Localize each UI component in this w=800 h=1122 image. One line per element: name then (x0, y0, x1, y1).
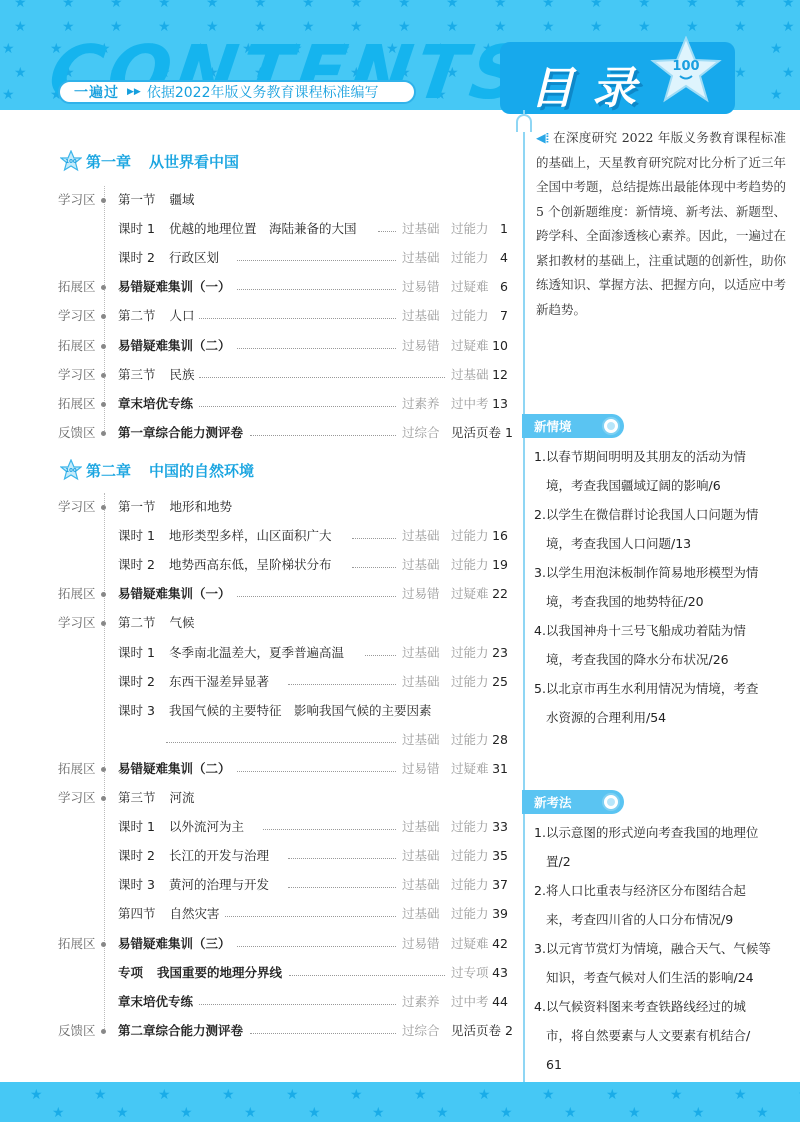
toc-row[interactable]: 拓展区章末培优专练过素养过中考13 (0, 394, 520, 414)
zone-label: 学习区 (58, 190, 96, 210)
toc-entry-title: 第一节地形和地势 (118, 497, 232, 517)
star-icon: ★ (756, 1106, 769, 1120)
zone-label: 学习区 (58, 306, 96, 326)
item-line: 境，考查我国疆域辽阔的影响/6 (534, 471, 790, 500)
star-icon: ★ (782, 66, 795, 80)
chapter-heading[interactable]: 100 第一章 从世界看中国 (60, 150, 239, 172)
tag-label: 过基础 (402, 817, 440, 837)
zone-label: 学习区 (58, 613, 96, 633)
tag-label: 过易错 (402, 277, 440, 297)
toc-row[interactable]: 课时 1冬季南北温差大，夏季普遍高温过基础过能力23 (0, 643, 520, 663)
badge-icon (602, 417, 620, 435)
entry-prefix: 课时 1 (118, 526, 155, 546)
tag-label: 过中考 (451, 992, 489, 1012)
toc-row[interactable]: 学习区第二节人口过基础过能力7 (0, 306, 520, 326)
section-tab: 新情境 (522, 414, 624, 438)
toc-entry-title: 课时 2行政区划 (118, 248, 219, 268)
star-pattern: ★★★★★★★★★★★★★★★★★★★★★★★★★ (0, 1082, 800, 1122)
entry-prefix: 课时 2 (118, 555, 155, 575)
page-number: 42 (492, 934, 508, 954)
item-line: 1.以示意图的形式逆向考查我国的地理位 (534, 825, 758, 840)
page-number: 23 (492, 643, 508, 663)
item-line: 境，考查我国人口问题/13 (534, 529, 790, 558)
toc-entry-title: 第四节自然灾害 (118, 904, 220, 924)
tag-label: 过能力 (451, 219, 489, 239)
entry-prefix: 课时 3 (118, 875, 155, 895)
tag-label: 过基础 (402, 248, 440, 268)
list-item: 2.以学生在微信群讨论我国人口问题为情境，考查我国人口问题/13 (534, 500, 790, 558)
star-icon: ★ (734, 1088, 747, 1102)
toc-entry-title: 课时 1以外流河为主 (118, 817, 244, 837)
toc-entry-title: 章末培优专练 (118, 394, 193, 414)
tag-label: 过基础 (402, 555, 440, 575)
toc-entry-title: 第三节民族 (118, 365, 195, 385)
page-number: 16 (492, 526, 508, 546)
entry-title: 以外流河为主 (169, 817, 244, 837)
chapter-number: 第二章 (86, 460, 131, 481)
page-number: 10 (492, 336, 508, 356)
tag-label: 过能力 (451, 730, 489, 750)
star-icon: ★ (94, 1088, 107, 1102)
tag-label: 过疑难 (451, 277, 489, 297)
page-number: 13 (492, 394, 508, 414)
section-list: 1.以示意图的形式逆向考查我国的地理位置/22.将人口比重表与经济区分布图结合起… (534, 818, 790, 1079)
star-icon: ★ (222, 1088, 235, 1102)
timeline-dot (101, 1029, 106, 1034)
entry-title: 我国气候的主要特征 影响我国气候的主要因素 (169, 701, 432, 721)
tag-label: 过中考 (451, 394, 489, 414)
entry-title: 东西干湿差异显著 (169, 672, 269, 692)
toc-row[interactable]: 学习区第三节民族过基础12 (0, 365, 520, 385)
chapter-number: 第一章 (86, 151, 131, 172)
timeline-dot (101, 402, 106, 407)
page-number: 25 (492, 672, 508, 692)
toc-row[interactable]: 拓展区易错疑难集训（二）过易错过疑难10 (0, 336, 520, 356)
entry-prefix: 第三节 (118, 788, 156, 808)
chapter-heading[interactable]: 100 第二章 中国的自然环境 (60, 459, 254, 481)
toc-entry-title: 第二节人口 (118, 306, 195, 326)
star-icon: ★ (638, 0, 651, 10)
page-number: 1 (500, 219, 508, 239)
zone-label: 学习区 (58, 497, 96, 517)
zone-label: 学习区 (58, 788, 96, 808)
zone-label: 拓展区 (58, 584, 96, 604)
dot-leader (237, 289, 396, 290)
page-number: 43 (492, 963, 508, 983)
page-number: 4 (500, 248, 508, 268)
item-line: 境，考查我国的地势特征/20 (534, 587, 790, 616)
tag-label: 过素养 (402, 992, 440, 1012)
tag-label: 过易错 (402, 584, 440, 604)
star-icon: ★ (414, 1088, 427, 1102)
tag-label: 过基础 (402, 306, 440, 326)
toc-row[interactable]: 课时 2地势西高东低，呈阶梯状分布过基础过能力19 (0, 555, 520, 575)
star-icon: ★ (158, 1088, 171, 1102)
toc-entry-title: 课时 2地势西高东低，呈阶梯状分布 (118, 555, 331, 575)
mascot-icon: 100 (60, 459, 82, 481)
dot-leader (250, 1033, 396, 1034)
star-icon: ★ (770, 88, 783, 102)
toc-row[interactable]: 拓展区易错疑难集训（一）过易错过疑难22 (0, 584, 520, 604)
star-icon: ★ (734, 20, 747, 34)
star-icon: ★ (308, 1106, 321, 1120)
dot-leader (288, 858, 396, 859)
timeline-dot (101, 373, 106, 378)
star-mascot-icon: 100 (650, 36, 722, 106)
see-booklet-label: 见活页卷 2 (451, 1021, 513, 1041)
toc-row[interactable]: 专项我国重要的地理分界线过专项43 (0, 963, 520, 983)
entry-title: 章末培优专练 (118, 992, 193, 1012)
item-line: 5.以北京市再生水利用情况为情境，考查 (534, 681, 758, 696)
list-item: 1.以春节期间明明及其朋友的活动为情境，考查我国疆域辽阔的影响/6 (534, 442, 790, 500)
page-number: 12 (492, 365, 508, 385)
star-icon: ★ (30, 1088, 43, 1102)
entry-prefix: 课时 3 (118, 701, 155, 721)
toc-row[interactable]: 拓展区易错疑难集训（三）过易错过疑难42 (0, 934, 520, 954)
page-number: 35 (492, 846, 508, 866)
item-line: 知识，考查气候对人们生活的影响/24 (534, 963, 790, 992)
entry-prefix: 课时 1 (118, 219, 155, 239)
star-icon: ★ (686, 0, 699, 10)
star-icon: ★ (52, 1106, 65, 1120)
chapter-title: 中国的自然环境 (149, 460, 254, 481)
item-line: 3.以元宵节赏灯为情境，融合天气、气候等 (534, 941, 771, 956)
zone-label: 拓展区 (58, 934, 96, 954)
star-icon: ★ (500, 1106, 513, 1120)
dot-leader (199, 377, 445, 378)
toc-row[interactable]: 拓展区易错疑难集训（一）过易错过疑难6 (0, 277, 520, 297)
zone-label: 拓展区 (58, 394, 96, 414)
star-icon: ★ (734, 0, 747, 10)
tag-label: 过综合 (402, 423, 440, 443)
tag-label: 过能力 (451, 846, 489, 866)
list-item: 4.以气候资料图来考查铁路线经过的城市，将自然要素与人文要素有机结合/61 (534, 992, 790, 1079)
dot-leader (237, 946, 396, 947)
entry-prefix: 课时 2 (118, 672, 155, 692)
star-icon: ★ (542, 0, 555, 10)
entry-title: 优越的地理位置 海陆兼备的大国 (169, 219, 357, 239)
entry-prefix: 课时 2 (118, 846, 155, 866)
tag-label: 过能力 (451, 555, 489, 575)
dot-leader (237, 771, 396, 772)
toc-row[interactable]: 课时 3黄河的治理与开发过基础过能力37 (0, 875, 520, 895)
star-icon: ★ (734, 66, 747, 80)
toc-row[interactable]: 课时 2长江的开发与治理过基础过能力35 (0, 846, 520, 866)
star-icon: ★ (350, 1088, 363, 1102)
entry-title: 气候 (170, 613, 195, 633)
page-number: 37 (492, 875, 508, 895)
tag-label: 过基础 (451, 365, 489, 385)
toc-entry-title: 章末培优专练 (118, 992, 193, 1012)
item-line: 置/2 (534, 847, 790, 876)
dot-leader (166, 742, 396, 743)
star-icon: ★ (478, 1088, 491, 1102)
page-number: 19 (492, 555, 508, 575)
toc-row[interactable]: 课时 2行政区划过基础过能力4 (0, 248, 520, 268)
entry-title: 地势西高东低，呈阶梯状分布 (169, 555, 332, 575)
entry-title: 易错疑难集训（一） (118, 277, 231, 297)
item-line: 3.以学生用泡沫板制作简易地形模型为情 (534, 565, 758, 580)
tag-label: 过能力 (451, 306, 489, 326)
dot-leader (352, 538, 396, 539)
entry-title: 疆域 (170, 190, 195, 210)
timeline-dot (101, 592, 106, 597)
page-number: 44 (492, 992, 508, 1012)
entry-title: 长江的开发与治理 (169, 846, 269, 866)
star-icon: ★ (782, 20, 795, 34)
entry-title: 易错疑难集训（三） (118, 934, 231, 954)
zone-label: 拓展区 (58, 336, 96, 356)
svg-text:100: 100 (65, 159, 77, 165)
toc-entry-title: 第二节气候 (118, 613, 195, 633)
entry-prefix: 第二节 (118, 613, 156, 633)
star-icon: ★ (372, 1106, 385, 1120)
page-title: 目录 (530, 52, 654, 116)
tag-label: 过素养 (402, 394, 440, 414)
page-number: 31 (492, 759, 508, 779)
item-line: 水资源的合理利用/54 (534, 703, 790, 732)
star-icon: ★ (244, 1106, 257, 1120)
toc-entry-title: 易错疑难集训（二） (118, 336, 231, 356)
entry-prefix: 专项 (118, 963, 143, 983)
star-icon: ★ (542, 20, 555, 34)
toc-entry-title: 第一章综合能力测评卷 (118, 423, 243, 443)
section-label: 新考法 (534, 793, 572, 811)
toc-row[interactable]: 反馈区第一章综合能力测评卷过综合见活页卷 1 (0, 423, 520, 443)
toc-row[interactable]: 课时 3我国气候的主要特征 影响我国气候的主要因素 (0, 701, 520, 721)
entry-title: 易错疑难集训（二） (118, 759, 231, 779)
star-icon: ★ (638, 20, 651, 34)
see-booklet-label: 见活页卷 1 (451, 423, 513, 443)
toc-row[interactable]: 学习区第一节疆域 (0, 190, 520, 210)
dot-leader (263, 829, 396, 830)
page-number: 28 (492, 730, 508, 750)
entry-prefix: 第一节 (118, 190, 156, 210)
toc-row[interactable]: 课时 1地形类型多样，山区面积广大过基础过能力16 (0, 526, 520, 546)
toc-entry-title: 课时 3我国气候的主要特征 影响我国气候的主要因素 (118, 701, 431, 721)
footer-banner: ★★★★★★★★★★★★★★★★★★★★★★★★★ (0, 1082, 800, 1122)
timeline-dot (101, 431, 106, 436)
list-item: 1.以示意图的形式逆向考查我国的地理位置/2 (534, 818, 790, 876)
toc-row[interactable]: 拓展区易错疑难集训（二）过易错过疑难31 (0, 759, 520, 779)
toc-entry-title: 课时 3黄河的治理与开发 (118, 875, 269, 895)
entry-prefix: 课时 1 (118, 643, 155, 663)
entry-prefix: 第一节 (118, 497, 156, 517)
toc-entry-title: 课时 1优越的地理位置 海陆兼备的大国 (118, 219, 356, 239)
dot-leader (199, 1004, 396, 1005)
tag-label: 过能力 (451, 875, 489, 895)
toc-entry-title: 课时 1冬季南北温差大，夏季普遍高温 (118, 643, 344, 663)
star-icon: ★ (564, 1106, 577, 1120)
tag-label: 过疑难 (451, 759, 489, 779)
chapter-title: 从世界看中国 (149, 151, 239, 172)
zone-label: 拓展区 (58, 759, 96, 779)
item-line: 2.以学生在微信群讨论我国人口问题为情 (534, 507, 758, 522)
toc-row[interactable]: 课时 1以外流河为主过基础过能力33 (0, 817, 520, 837)
entry-title: 黄河的治理与开发 (169, 875, 269, 895)
timeline-dot (101, 942, 106, 947)
tag-label: 过易错 (402, 336, 440, 356)
entry-title: 地形和地势 (170, 497, 233, 517)
dot-leader (352, 567, 396, 568)
dot-leader (289, 975, 445, 976)
entry-title: 易错疑难集训（二） (118, 336, 231, 356)
tag-label: 过疑难 (451, 934, 489, 954)
toc-row[interactable]: 课时 2东西干湿差异显著过基础过能力25 (0, 672, 520, 692)
entry-title: 第一章综合能力测评卷 (118, 423, 243, 443)
dot-leader (237, 348, 396, 349)
toc-entry-title: 易错疑难集训（一） (118, 584, 231, 604)
toc-row[interactable]: 学习区第二节气候 (0, 613, 520, 633)
entry-title: 自然灾害 (170, 904, 220, 924)
entry-title: 冬季南北温差大，夏季普遍高温 (169, 643, 344, 663)
badge-icon (602, 793, 620, 811)
star-icon: ★ (590, 20, 603, 34)
timeline-dot (101, 505, 106, 510)
timeline-dot (101, 285, 106, 290)
list-item: 2.将人口比重表与经济区分布图结合起来，考查四川省的人口分布情况/9 (534, 876, 790, 934)
list-item: 3.以学生用泡沫板制作简易地形模型为情境，考查我国的地势特征/20 (534, 558, 790, 616)
timeline-dot (101, 314, 106, 319)
tag-label: 过基础 (402, 875, 440, 895)
tag-label: 过能力 (451, 672, 489, 692)
star-icon: ★ (542, 1088, 555, 1102)
zone-label: 反馈区 (58, 423, 96, 443)
toc-entry-title: 课时 2东西干湿差异显著 (118, 672, 269, 692)
page-number: 7 (500, 306, 508, 326)
list-item: 5.以北京市再生水利用情况为情境，考查水资源的合理利用/54 (534, 674, 790, 732)
toc-entry-title: 第三节河流 (118, 788, 195, 808)
zone-label: 拓展区 (58, 277, 96, 297)
timeline-dot (101, 344, 106, 349)
zone-label: 学习区 (58, 365, 96, 385)
intro-text: 在深度研究 2022 年版义务教育课程标准的基础上，天星教育研究院对比分析了近三… (536, 130, 786, 317)
star-icon: ★ (606, 1088, 619, 1102)
sidebar-rule (523, 110, 525, 1092)
item-line: 4.以气候资料图来考查铁路线经过的城 (534, 999, 746, 1014)
toc-row[interactable]: 学习区第三节河流 (0, 788, 520, 808)
toc-row[interactable]: 章末培优专练过素养过中考44 (0, 992, 520, 1012)
toc-row[interactable]: 反馈区第二章综合能力测评卷过综合见活页卷 2 (0, 1021, 520, 1041)
entry-title: 河流 (170, 788, 195, 808)
section-list: 1.以春节期间明明及其朋友的活动为情境，考查我国疆域辽阔的影响/62.以学生在微… (534, 442, 790, 732)
tag-label: 过能力 (451, 248, 489, 268)
item-line: 市，将自然要素与人文要素有机结合/ (534, 1021, 790, 1050)
dot-leader (225, 916, 396, 917)
star-icon: ★ (286, 1088, 299, 1102)
toc-row[interactable]: 课时 1优越的地理位置 海陆兼备的大国过基础过能力1 (0, 219, 520, 239)
tag-label: 过疑难 (451, 336, 489, 356)
tag-label: 过基础 (402, 846, 440, 866)
toc-entry-title: 第一节疆域 (118, 190, 195, 210)
tag-label: 过基础 (402, 904, 440, 924)
toc-entry-title: 课时 2长江的开发与治理 (118, 846, 269, 866)
item-line: 境，考查我国的降水分布状况/26 (534, 645, 790, 674)
star-icon: ★ (782, 0, 795, 10)
toc-entry-title: 课时 1地形类型多样，山区面积广大 (118, 526, 331, 546)
entry-title: 行政区划 (169, 248, 219, 268)
dot-leader (237, 260, 396, 261)
toc-row[interactable]: 学习区第一节地形和地势 (0, 497, 520, 517)
dot-leader (250, 435, 396, 436)
tag-label: 过基础 (402, 730, 440, 750)
dot-leader (288, 684, 396, 685)
tag-label: 过疑难 (451, 584, 489, 604)
entry-title: 人口 (170, 306, 195, 326)
item-line: 2.将人口比重表与经济区分布图结合起 (534, 883, 746, 898)
tag-label: 过易错 (402, 934, 440, 954)
entry-title: 我国重要的地理分界线 (157, 963, 282, 983)
star-icon: ★ (692, 1106, 705, 1120)
star-icon: ★ (180, 1106, 193, 1120)
dot-leader (365, 655, 396, 656)
entry-prefix: 第三节 (118, 365, 156, 385)
tag-label: 过综合 (402, 1021, 440, 1041)
entry-title: 第二章综合能力测评卷 (118, 1021, 243, 1041)
toc-row[interactable]: 过基础过能力28 (0, 730, 520, 750)
toc-entry-title: 专项我国重要的地理分界线 (118, 963, 282, 983)
speaker-icon: ◀⦙ (536, 130, 549, 145)
section-tab: 新考法 (522, 790, 624, 814)
entry-title: 地形类型多样，山区面积广大 (169, 526, 332, 546)
star-icon: ★ (116, 1106, 129, 1120)
star-icon: ★ (628, 1106, 641, 1120)
timeline-dot (101, 767, 106, 772)
timeline-dot (101, 796, 106, 801)
page-number: 22 (492, 584, 508, 604)
toc-entry-title: 第二章综合能力测评卷 (118, 1021, 243, 1041)
star-icon: ★ (686, 20, 699, 34)
table-of-contents: 100 第一章 从世界看中国学习区第一节疆域课时 1优越的地理位置 海陆兼备的大… (0, 0, 520, 1122)
tag-label: 过基础 (402, 219, 440, 239)
timeline-dot (101, 198, 106, 203)
tag-label: 过能力 (451, 643, 489, 663)
dot-leader (237, 596, 396, 597)
tag-label: 过易错 (402, 759, 440, 779)
tag-label: 过基础 (402, 643, 440, 663)
page-number: 6 (500, 277, 508, 297)
toc-row[interactable]: 第四节自然灾害过基础过能力39 (0, 904, 520, 924)
timeline-dot (101, 621, 106, 626)
item-line: 1.以春节期间明明及其朋友的活动为情 (534, 449, 746, 464)
svg-text:100: 100 (672, 59, 699, 74)
svg-text:100: 100 (65, 468, 77, 474)
tag-label: 过能力 (451, 526, 489, 546)
item-line: 61 (534, 1050, 790, 1079)
tag-label: 过专项 (451, 963, 489, 983)
tag-label: 过基础 (402, 526, 440, 546)
page-number: 39 (492, 904, 508, 924)
mascot-icon: 100 (60, 150, 82, 172)
toc-entry-title: 易错疑难集训（一） (118, 277, 231, 297)
star-icon: ★ (770, 42, 783, 56)
entry-prefix: 第四节 (118, 904, 156, 924)
toc-entry-title: 易错疑难集训（二） (118, 759, 231, 779)
intro-paragraph: ◀⦙在深度研究 2022 年版义务教育课程标准的基础上，天星教育研究院对比分析了… (536, 126, 786, 322)
item-line: 4.以我国神舟十三号飞船成功着陆为情 (534, 623, 746, 638)
star-icon: ★ (670, 1088, 683, 1102)
tag-label: 过能力 (451, 817, 489, 837)
entry-title: 易错疑难集训（一） (118, 584, 231, 604)
entry-title: 章末培优专练 (118, 394, 193, 414)
dot-leader (199, 406, 396, 407)
sidebar-hook (516, 114, 532, 132)
entry-title: 民族 (170, 365, 195, 385)
page-number: 33 (492, 817, 508, 837)
tag-label: 过能力 (451, 904, 489, 924)
dot-leader (288, 887, 396, 888)
list-item: 4.以我国神舟十三号飞船成功着陆为情境，考查我国的降水分布状况/26 (534, 616, 790, 674)
